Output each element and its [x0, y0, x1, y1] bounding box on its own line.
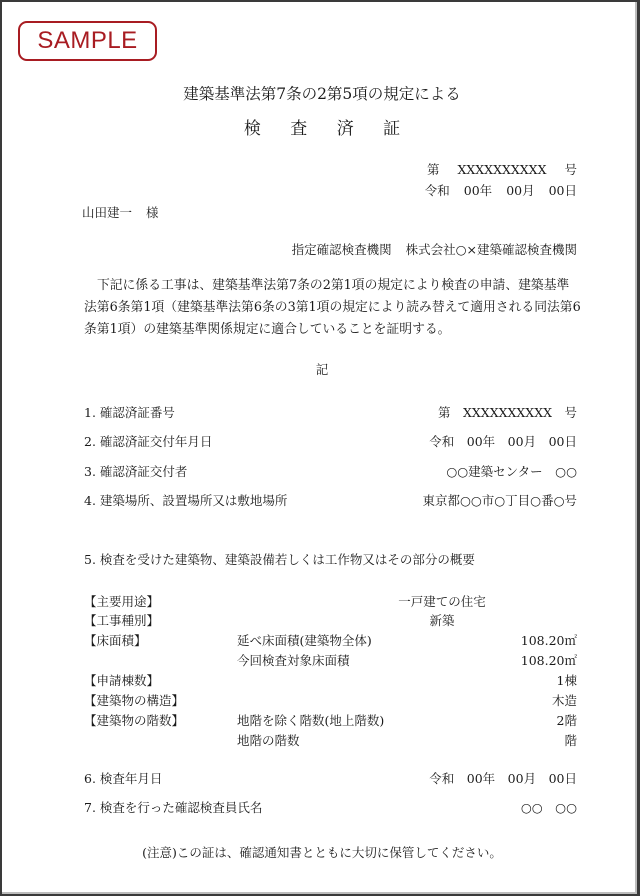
inspected-floor-area-value: 108.20㎡ — [521, 653, 577, 669]
doc-number-value: XXXXXXXXXX — [457, 162, 546, 177]
above-ground-floors-label: 地階を除く階数(地上階数) — [237, 713, 384, 729]
document-subtitle: 建築基準法第7条の2第5項の規定による — [2, 82, 640, 104]
structure-label: 【建築物の構造】 — [84, 693, 184, 709]
building-count-label: 【申請棟数】 — [84, 673, 159, 689]
total-floor-area-label: 延べ床面積(建築物全体) — [237, 633, 372, 649]
work-type-label: 【工事種別】 — [84, 613, 159, 629]
item-4-value: 東京都○○市○丁目○番○号 — [422, 493, 577, 509]
item-7-value: ○○ ○○ — [521, 800, 577, 816]
sample-stamp: SAMPLE — [18, 21, 157, 61]
floors-label: 【建築物の階数】 — [84, 713, 184, 729]
doc-date-era: 令和 — [425, 183, 450, 198]
main-use-label: 【主要用途】 — [84, 594, 159, 610]
work-type-value: 新築 — [382, 613, 502, 629]
footer-note: (注意)この証は、確認通知書とともに大切に保管してください。 — [2, 845, 640, 861]
doc-number-suffix: 号 — [564, 162, 577, 177]
item-2-value: 令和 00年 00月 00日 — [429, 434, 577, 450]
basement-floors-value: 階 — [564, 733, 577, 749]
ki-marker: 記 — [2, 362, 640, 378]
certificate-page: SAMPLE 建築基準法第7条の2第5項の規定による 検 査 済 証 第XXXX… — [2, 2, 637, 894]
doc-date-year: 00年 — [464, 183, 492, 198]
item-3-value: ○○建築センター ○○ — [446, 464, 577, 480]
doc-date-month: 00月 — [506, 183, 534, 198]
issuer-role: 指定確認検査機関 — [292, 242, 392, 257]
item-3-label: 3. 確認済証交付者 — [84, 464, 187, 480]
item-6-label: 6. 検査年月日 — [84, 771, 162, 787]
item-5-label: 5. 検査を受けた建築物、建築設備若しくは工作物又はその部分の概要 — [84, 552, 475, 568]
recipient: 山田建一様 — [82, 205, 159, 221]
document-title: 検 査 済 証 — [2, 114, 640, 139]
doc-date-day: 00日 — [549, 183, 577, 198]
floor-area-label: 【床面積】 — [84, 633, 147, 649]
item-7-label: 7. 検査を行った確認検査員氏名 — [84, 800, 262, 816]
item-4-label: 4. 建築場所、設置場所又は敷地場所 — [84, 493, 287, 509]
main-use-value: 一戸建ての住宅 — [382, 594, 502, 610]
structure-value: 木造 — [552, 693, 577, 709]
doc-number-prefix: 第 — [427, 162, 440, 177]
basement-floors-label: 地階の階数 — [237, 733, 300, 749]
item-2-label: 2. 確認済証交付年月日 — [84, 434, 212, 450]
recipient-name: 山田建一 — [82, 205, 132, 220]
total-floor-area-value: 108.20㎡ — [521, 633, 577, 649]
building-count-value: 1棟 — [557, 673, 577, 689]
item-1-value: 第 XXXXXXXXXX 号 — [438, 405, 577, 421]
item-1-label: 1. 確認済証番号 — [84, 405, 175, 421]
inspected-floor-area-label: 今回検査対象床面積 — [237, 653, 350, 669]
document-date: 令和00年00月00日 — [425, 183, 577, 199]
item-6-value: 令和 00年 00月 00日 — [429, 771, 577, 787]
certification-statement: 下記に係る工事は、建築基準法第7条の2第1項の規定により検査の申請、建築基準法第… — [84, 275, 582, 341]
recipient-honorific: 様 — [146, 205, 159, 220]
issuer: 指定確認検査機関株式会社○×建築確認検査機関 — [292, 242, 577, 258]
issuer-name: 株式会社○×建築確認検査機関 — [406, 242, 577, 257]
document-number: 第XXXXXXXXXX号 — [427, 162, 577, 178]
above-ground-floors-value: 2階 — [557, 713, 577, 729]
